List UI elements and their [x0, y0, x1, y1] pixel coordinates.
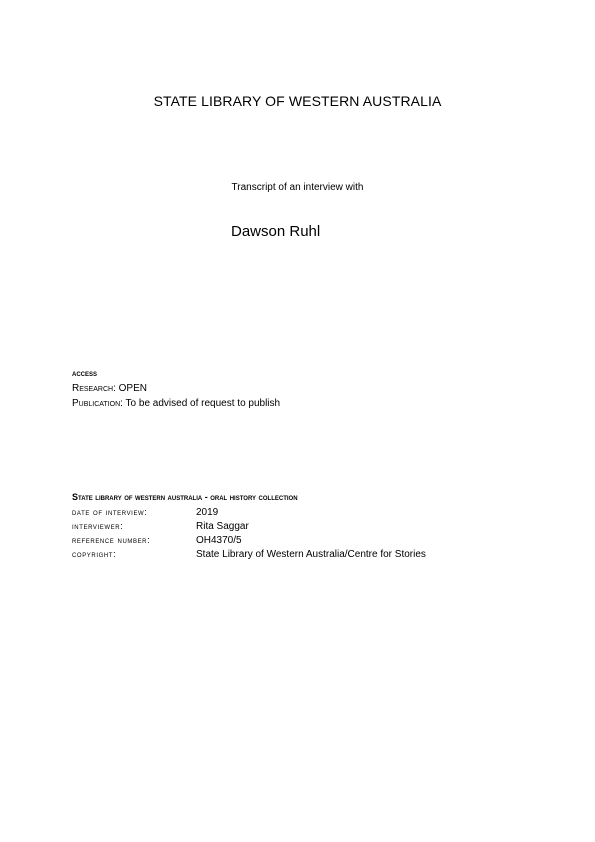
meta-label: COPYRIGHT: — [72, 549, 196, 559]
meta-value: Rita Saggar — [196, 521, 249, 532]
date-of-interview-row: DATE OF INTERVIEW:2019 — [72, 507, 218, 518]
meta-label: DATE OF INTERVIEW: — [72, 507, 196, 517]
research-value: : OPEN — [113, 383, 147, 394]
copyright-row: COPYRIGHT:State Library of Western Austr… — [72, 549, 426, 560]
interviewee-name: Dawson Ruhl — [231, 223, 320, 240]
meta-value: State Library of Western Australia/Centr… — [196, 549, 426, 560]
publication-access: Publication: To be advised of request to… — [72, 398, 280, 409]
meta-label: REFERENCE NUMBER: — [72, 535, 196, 545]
interviewer-row: INTERVIEWER:Rita Saggar — [72, 521, 249, 532]
meta-label: INTERVIEWER: — [72, 521, 196, 531]
transcript-subtitle: Transcript of an interview with — [0, 182, 595, 193]
meta-value: OH4370/5 — [196, 535, 242, 546]
institution-title: STATE LIBRARY OF WESTERN AUSTRALIA — [0, 93, 595, 109]
reference-number-row: REFERENCE NUMBER:OH4370/5 — [72, 535, 242, 546]
publication-label: Publication — [72, 398, 120, 409]
research-label: Research — [72, 383, 113, 394]
access-heading: ACCESS — [72, 369, 97, 378]
collection-heading: State library of western australia - ora… — [72, 492, 298, 502]
research-access: Research: OPEN — [72, 383, 147, 394]
publication-value: : To be advised of request to publish — [120, 398, 280, 409]
meta-value: 2019 — [196, 507, 218, 518]
